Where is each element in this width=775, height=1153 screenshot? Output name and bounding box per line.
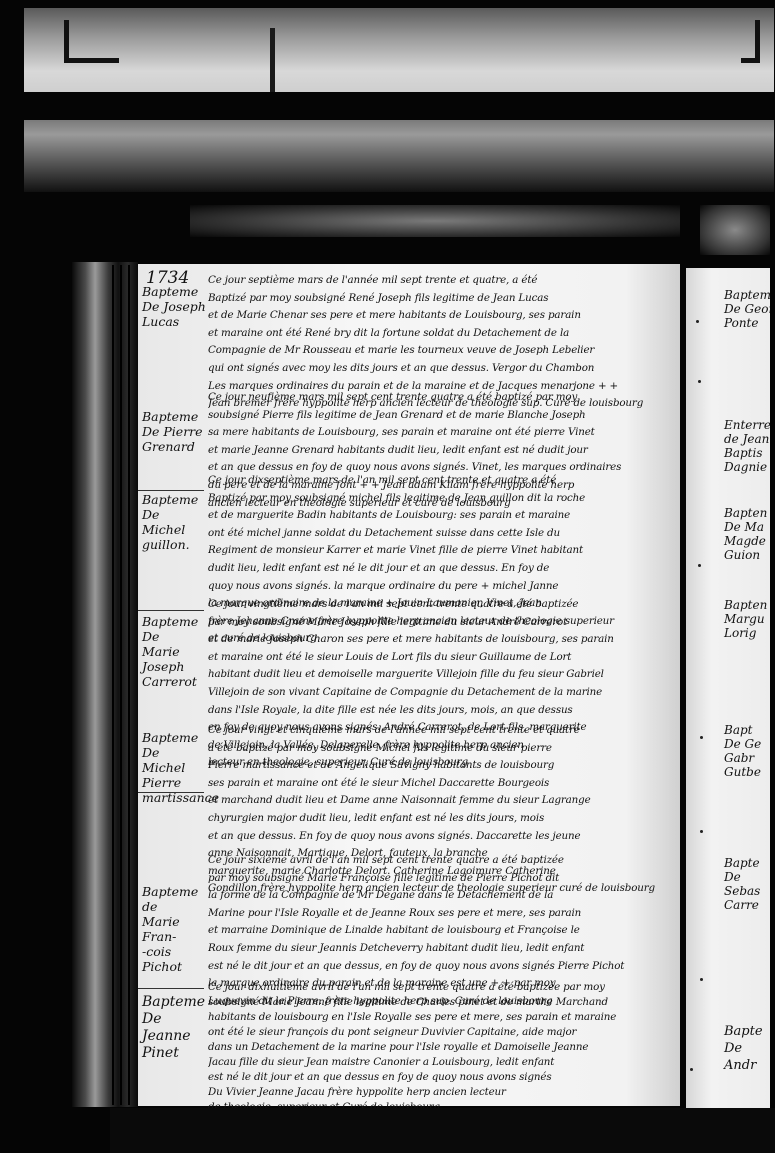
entry-margin-note: Bapteme De Michel guillon. — [142, 492, 206, 552]
book-gutter — [270, 28, 275, 92]
facing-margin-note: Bapten De Ma Magde Guion — [724, 506, 770, 562]
entry-margin-note: Bapteme De Pierre Grenard — [142, 409, 206, 454]
ink-dot — [698, 564, 701, 567]
ink-dot — [698, 380, 701, 383]
facing-margin-note: Enterrem de Jean Baptis Dagnie — [724, 418, 770, 474]
ink-dot — [700, 830, 703, 833]
entry-margin-note: Bapteme De Jeanne Pinet — [142, 994, 206, 1062]
ink-dot — [696, 320, 699, 323]
entry-text: Ce jour dixhuitième avril de l'an mil se… — [208, 980, 670, 1115]
facing-margin-note: Baptem De Geor Ponte — [724, 288, 770, 330]
entry-margin-note: Bapteme De Marie Joseph Carrerot — [142, 614, 206, 689]
previous-frame-strip — [24, 8, 774, 92]
entry-margin-note: Bapteme de Marie Fran- -cois Pichot — [142, 884, 206, 974]
ink-dot — [690, 1068, 693, 1071]
margin-rule — [138, 610, 204, 611]
margin-rule — [138, 792, 204, 793]
shadow-band-right — [700, 205, 770, 255]
facing-margin-note: Bapte De Sebas Carre — [724, 856, 770, 912]
binding-line — [128, 265, 130, 1105]
facing-margin-note: Bapte De Andr — [724, 1023, 770, 1074]
facing-page-fragment: Baptem De Geor Ponte Enterrem de Jean Ba… — [686, 268, 770, 1110]
entry-margin-note: Bapteme De Joseph Lucas — [142, 284, 206, 329]
facing-margin-note: Bapten Margu Lorig — [724, 598, 770, 640]
film-clip-left — [64, 20, 83, 63]
page-top-edge-strip — [24, 120, 774, 192]
shadow-band — [190, 205, 680, 237]
margin-rule — [138, 490, 204, 491]
register-page: 1734 Bapteme De Joseph Lucas Ce jour sep… — [138, 264, 680, 1106]
binding-line — [120, 265, 122, 1105]
ink-dot — [700, 978, 703, 981]
facing-margin-note: Bapt De Ge Gabr Gutbe — [724, 723, 770, 779]
entry-margin-note: Bapteme De Michel Pierre martissance — [142, 730, 206, 805]
binding-line — [112, 265, 114, 1105]
ink-dot — [700, 736, 703, 739]
film-clip-right — [741, 20, 760, 63]
bottom-shadow — [110, 1108, 775, 1153]
margin-rule — [138, 988, 204, 989]
